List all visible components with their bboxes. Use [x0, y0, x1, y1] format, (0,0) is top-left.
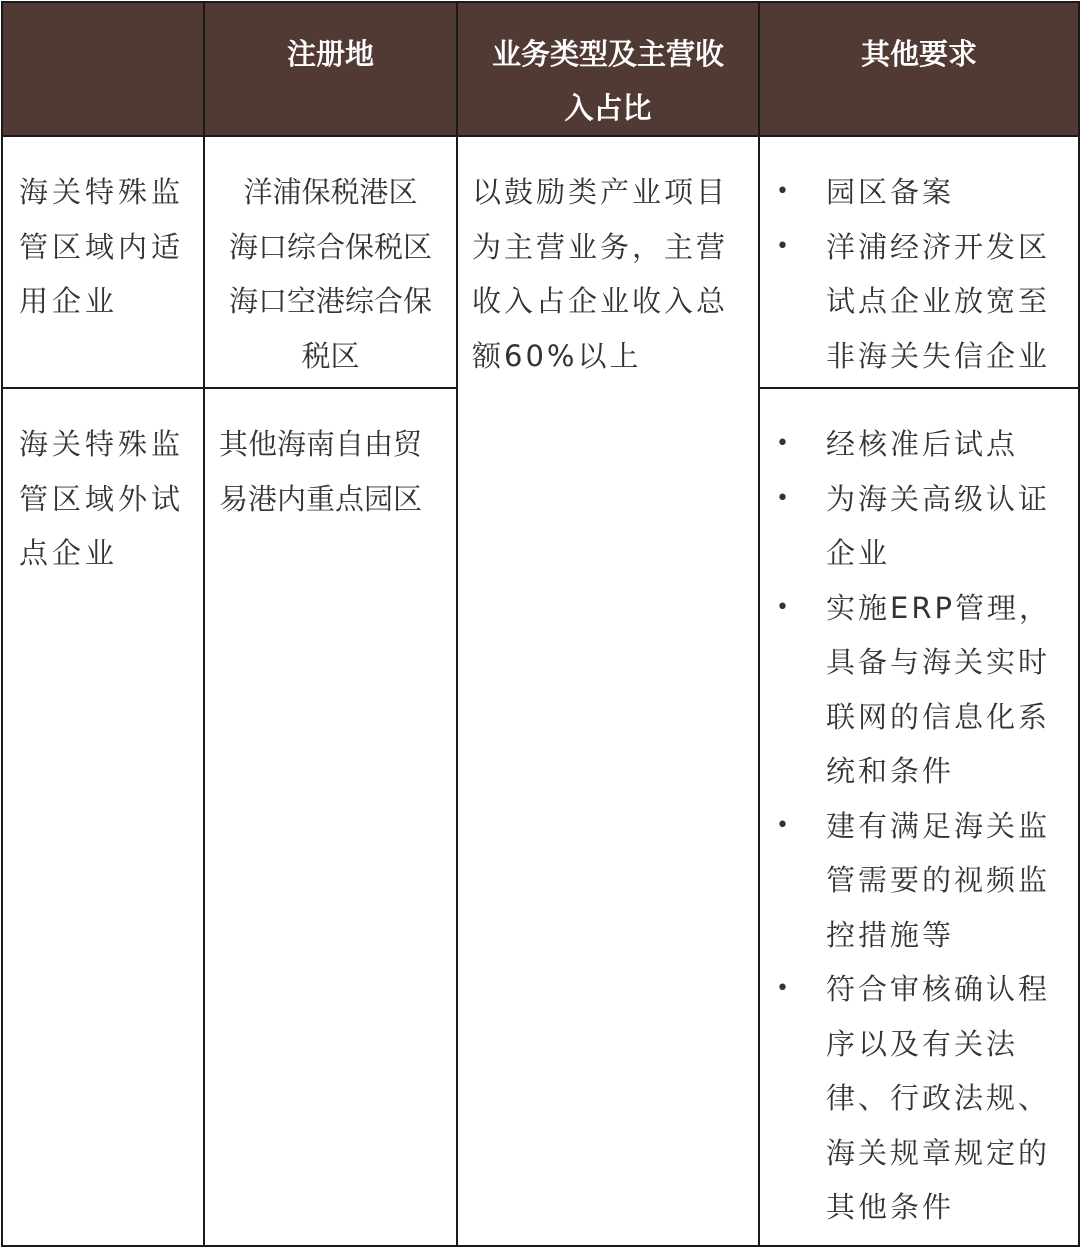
category-cell: 海关特殊监管区域外试点企业	[2, 388, 204, 1246]
bullet-icon: •	[776, 417, 792, 472]
other-requirements-cell: •园区备案 •洋浦经济开发区试点企业放宽至非海关失信企业	[759, 136, 1079, 388]
requirements-table: 注册地 业务类型及主营收入占比 其他要求 海关特殊监管区域内适用企业 洋浦保税港…	[1, 1, 1080, 1247]
location-line: 海口空港综合保	[213, 274, 448, 329]
bullet-icon: •	[776, 220, 792, 275]
header-registration-place: 注册地	[204, 2, 457, 136]
table-row: 海关特殊监管区域内适用企业 洋浦保税港区 海口综合保税区 海口空港综合保 税区 …	[2, 136, 1079, 388]
list-item: •经核准后试点	[760, 417, 1070, 472]
location-line: 海口综合保税区	[213, 220, 448, 275]
bullet-icon: •	[776, 962, 792, 1017]
list-item: •园区备案	[760, 165, 1070, 220]
header-label: 其他要求	[841, 27, 997, 81]
list-item: •实施ERP管理，具备与海关实时联网的信息化系统和条件	[760, 581, 1070, 799]
business-type-cell: 以鼓励类产业项目为主营业务，主营收入占企业收入总额60%以上	[457, 136, 759, 1246]
location-cell: 洋浦保税港区 海口综合保税区 海口空港综合保 税区	[204, 136, 457, 388]
list-item: •建有满足海关监管需要的视频监控措施等	[760, 799, 1070, 963]
header-blank	[2, 2, 204, 136]
header-business-type: 业务类型及主营收入占比	[457, 2, 759, 136]
bullet-icon: •	[776, 581, 792, 636]
category-cell: 海关特殊监管区域内适用企业	[2, 136, 204, 388]
list-item: •符合审核确认程序以及有关法律、行政法规、海关规章规定的其他条件	[760, 962, 1070, 1235]
requirements-list: •经核准后试点 •为海关高级认证企业 •实施ERP管理，具备与海关实时联网的信息…	[760, 417, 1070, 1235]
location-line: 洋浦保税港区	[213, 165, 448, 220]
bullet-icon: •	[776, 165, 792, 220]
list-item: •为海关高级认证企业	[760, 472, 1070, 581]
list-item: •洋浦经济开发区试点企业放宽至非海关失信企业	[760, 220, 1070, 384]
location-line: 其他海南自由贸易港内重点园区	[219, 427, 422, 516]
location-line: 税区	[213, 329, 448, 384]
other-requirements-cell: •经核准后试点 •为海关高级认证企业 •实施ERP管理，具备与海关实时联网的信息…	[759, 388, 1079, 1246]
location-cell: 其他海南自由贸易港内重点园区	[204, 388, 457, 1246]
bullet-icon: •	[776, 799, 792, 854]
header-other-requirements: 其他要求	[759, 2, 1079, 136]
header-label: 业务类型及主营收入占比	[458, 27, 758, 135]
table-header-row: 注册地 业务类型及主营收入占比 其他要求	[2, 2, 1079, 136]
bullet-icon: •	[776, 472, 792, 527]
header-label: 注册地	[267, 27, 394, 81]
requirements-list: •园区备案 •洋浦经济开发区试点企业放宽至非海关失信企业	[760, 165, 1070, 383]
